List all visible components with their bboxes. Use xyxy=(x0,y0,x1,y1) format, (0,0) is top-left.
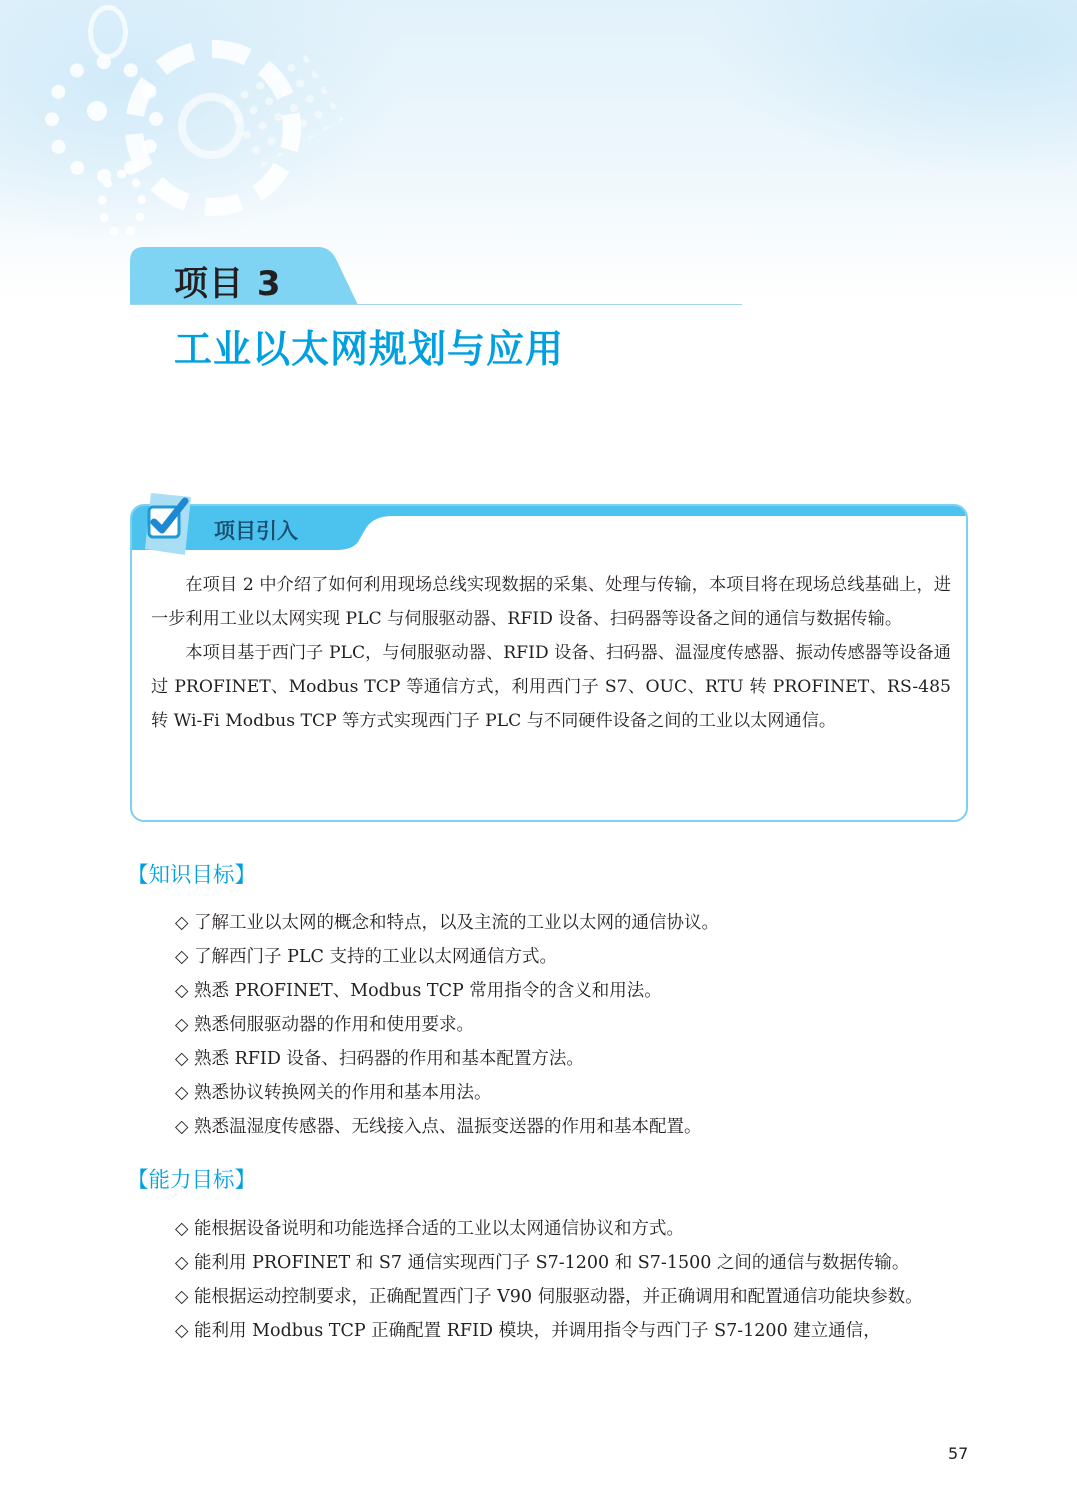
list-item: ◇ 熟悉协议转换网关的作用和基本用法。 xyxy=(175,1076,719,1110)
diamond-bullet-icon: ◇ xyxy=(175,1117,188,1137)
gear-icon xyxy=(88,5,128,59)
project-number: 项目 3 xyxy=(174,256,282,305)
intro-paragraph: 在项目 2 中介绍了如何利用现场总线实现数据的采集、处理与传输，本项目将在现场总… xyxy=(151,568,951,636)
list-item: ◇ 了解工业以太网的概念和特点，以及主流的工业以太网的通信协议。 xyxy=(175,906,719,940)
list-item: ◇ 能根据设备说明和功能选择合适的工业以太网通信协议和方式。 xyxy=(130,1212,970,1246)
ability-goals-list: ◇ 能根据设备说明和功能选择合适的工业以太网通信协议和方式。 ◇ 能利用 PRO… xyxy=(130,1212,970,1348)
list-item: ◇ 熟悉温湿度传感器、无线接入点、温振变送器的作用和基本配置。 xyxy=(175,1110,719,1144)
intro-body: 在项目 2 中介绍了如何利用现场总线实现数据的采集、处理与传输，本项目将在现场总… xyxy=(151,568,951,738)
diamond-bullet-icon: ◇ xyxy=(175,1321,188,1341)
intro-title: 项目引入 xyxy=(214,515,298,545)
chapter-title: 工业以太网规划与应用 xyxy=(174,318,564,373)
gear-icon xyxy=(98,170,146,238)
diamond-bullet-icon: ◇ xyxy=(175,1049,188,1069)
diamond-bullet-icon: ◇ xyxy=(175,1015,188,1035)
intro-paragraph: 本项目基于西门子 PLC，与伺服驱动器、RFID 设备、扫码器、温湿度传感器、振… xyxy=(151,636,951,738)
diamond-bullet-icon: ◇ xyxy=(175,1219,188,1239)
list-item: ◇ 熟悉 PROFINET、Modbus TCP 常用指令的含义和用法。 xyxy=(175,974,719,1008)
checkmark-icon xyxy=(145,493,191,555)
knowledge-goals-heading: 【知识目标】 xyxy=(127,858,256,889)
diamond-bullet-icon: ◇ xyxy=(175,913,188,933)
list-item: ◇ 能利用 Modbus TCP 正确配置 RFID 模块，并调用指令与西门子 … xyxy=(130,1314,970,1348)
list-item: ◇ 能根据运动控制要求，正确配置西门子 V90 伺服驱动器，并正确调用和配置通信… xyxy=(130,1280,970,1314)
diamond-bullet-icon: ◇ xyxy=(175,1287,188,1307)
list-item: ◇ 了解西门子 PLC 支持的工业以太网通信方式。 xyxy=(175,940,719,974)
diamond-bullet-icon: ◇ xyxy=(175,1253,188,1273)
ability-goals-heading: 【能力目标】 xyxy=(127,1163,256,1194)
list-item: ◇ 熟悉 RFID 设备、扫码器的作用和基本配置方法。 xyxy=(175,1042,719,1076)
diamond-bullet-icon: ◇ xyxy=(175,947,188,967)
project-tab: 项目 3 xyxy=(130,247,358,305)
diamond-bullet-icon: ◇ xyxy=(175,981,188,1001)
divider xyxy=(130,304,742,305)
knowledge-goals-list: ◇ 了解工业以太网的概念和特点，以及主流的工业以太网的通信协议。 ◇ 了解西门子… xyxy=(175,906,719,1144)
diamond-bullet-icon: ◇ xyxy=(175,1083,188,1103)
list-item: ◇ 能利用 PROFINET 和 S7 通信实现西门子 S7-1200 和 S7… xyxy=(130,1246,970,1280)
list-item: ◇ 熟悉伺服驱动器的作用和使用要求。 xyxy=(175,1008,719,1042)
page-number: 57 xyxy=(948,1444,968,1463)
